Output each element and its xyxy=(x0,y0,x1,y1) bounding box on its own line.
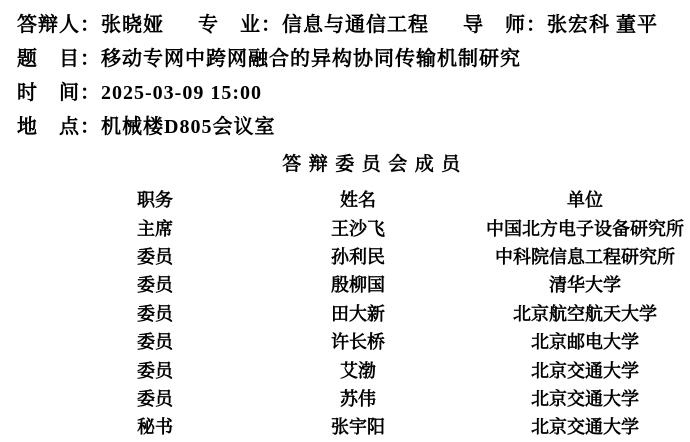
thesis-defense-notice: 答辩人：张晓娅 专 业：信息与通信工程 导 师：张宏科 董平 题 目：移动专网中… xyxy=(0,0,690,442)
member-name: 田大新 xyxy=(280,300,436,326)
table-row: 委员 田大新 北京航空航天大学 xyxy=(80,299,690,327)
member-affiliation: 北京交通大学 xyxy=(486,413,684,439)
info-line-people: 答辩人：张晓娅 专 业：信息与通信工程 导 师：张宏科 董平 xyxy=(17,15,690,35)
advisor-label: 导 师： xyxy=(463,14,547,36)
member-role: 委员 xyxy=(80,328,230,354)
defense-info: 答辩人：张晓娅 专 业：信息与通信工程 导 师：张宏科 董平 题 目：移动专网中… xyxy=(0,0,690,137)
member-affiliation: 中国北方电子设备研究所 xyxy=(486,215,684,241)
member-name: 苏伟 xyxy=(280,385,436,411)
table-header-row: 职务 姓名 单位 xyxy=(80,185,690,213)
title-value: 移动专网中跨网融合的异构协同传输机制研究 xyxy=(101,48,521,70)
table-row: 委员 艾渤 北京交通大学 xyxy=(80,355,690,383)
table-row: 委员 许长桥 北京邮电大学 xyxy=(80,327,690,355)
member-affiliation: 北京交通大学 xyxy=(486,357,684,383)
member-affiliation: 北京航空航天大学 xyxy=(486,300,684,326)
member-name: 张宇阳 xyxy=(280,413,436,439)
info-line-location: 地 点：机械楼D805会议室 xyxy=(17,117,690,137)
title-label: 题 目： xyxy=(17,48,101,70)
column-header-role: 职务 xyxy=(80,186,230,212)
table-row: 委员 苏伟 北京交通大学 xyxy=(80,384,690,412)
time-value: 2025-03-09 15:00 xyxy=(101,82,262,104)
advisor-field: 导 师：张宏科 董平 xyxy=(463,15,658,35)
member-affiliation: 中科院信息工程研究所 xyxy=(486,243,684,269)
member-name: 许长桥 xyxy=(280,328,436,354)
defender-field: 答辩人：张晓娅 xyxy=(17,15,164,35)
location-label: 地 点： xyxy=(17,116,101,138)
info-line-time: 时 间：2025-03-09 15:00 xyxy=(17,83,690,103)
member-role: 秘书 xyxy=(80,413,230,439)
location-value: 机械楼D805会议室 xyxy=(101,116,275,138)
major-label: 专 业： xyxy=(198,14,282,36)
member-role: 委员 xyxy=(80,385,230,411)
major-field: 专 业：信息与通信工程 xyxy=(198,15,429,35)
committee-heading: 答辩委员会成员 xyxy=(30,155,690,175)
defender-label: 答辩人： xyxy=(17,14,101,36)
member-name: 殷柳国 xyxy=(280,271,436,297)
member-name: 艾渤 xyxy=(280,357,436,383)
advisor-value: 张宏科 董平 xyxy=(547,14,658,36)
member-affiliation: 北京邮电大学 xyxy=(486,328,684,354)
member-affiliation: 清华大学 xyxy=(486,271,684,297)
defender-value: 张晓娅 xyxy=(101,14,164,36)
member-role: 委员 xyxy=(80,271,230,297)
column-header-name: 姓名 xyxy=(280,186,436,212)
committee-table: 职务 姓名 单位 主席 王沙飞 中国北方电子设备研究所 委员 孙利民 中科院信息… xyxy=(80,185,690,441)
member-name: 孙利民 xyxy=(280,243,436,269)
member-role: 主席 xyxy=(80,215,230,241)
table-row: 秘书 张宇阳 北京交通大学 xyxy=(80,412,690,440)
table-row: 主席 王沙飞 中国北方电子设备研究所 xyxy=(80,213,690,241)
info-line-title: 题 目：移动专网中跨网融合的异构协同传输机制研究 xyxy=(17,49,690,69)
column-header-affiliation: 单位 xyxy=(486,186,684,212)
member-role: 委员 xyxy=(80,357,230,383)
table-row: 委员 殷柳国 清华大学 xyxy=(80,270,690,298)
time-label: 时 间： xyxy=(17,82,101,104)
member-role: 委员 xyxy=(80,243,230,269)
member-name: 王沙飞 xyxy=(280,215,436,241)
member-role: 委员 xyxy=(80,300,230,326)
table-row: 委员 孙利民 中科院信息工程研究所 xyxy=(80,242,690,270)
major-value: 信息与通信工程 xyxy=(282,14,429,36)
member-affiliation: 北京交通大学 xyxy=(486,385,684,411)
